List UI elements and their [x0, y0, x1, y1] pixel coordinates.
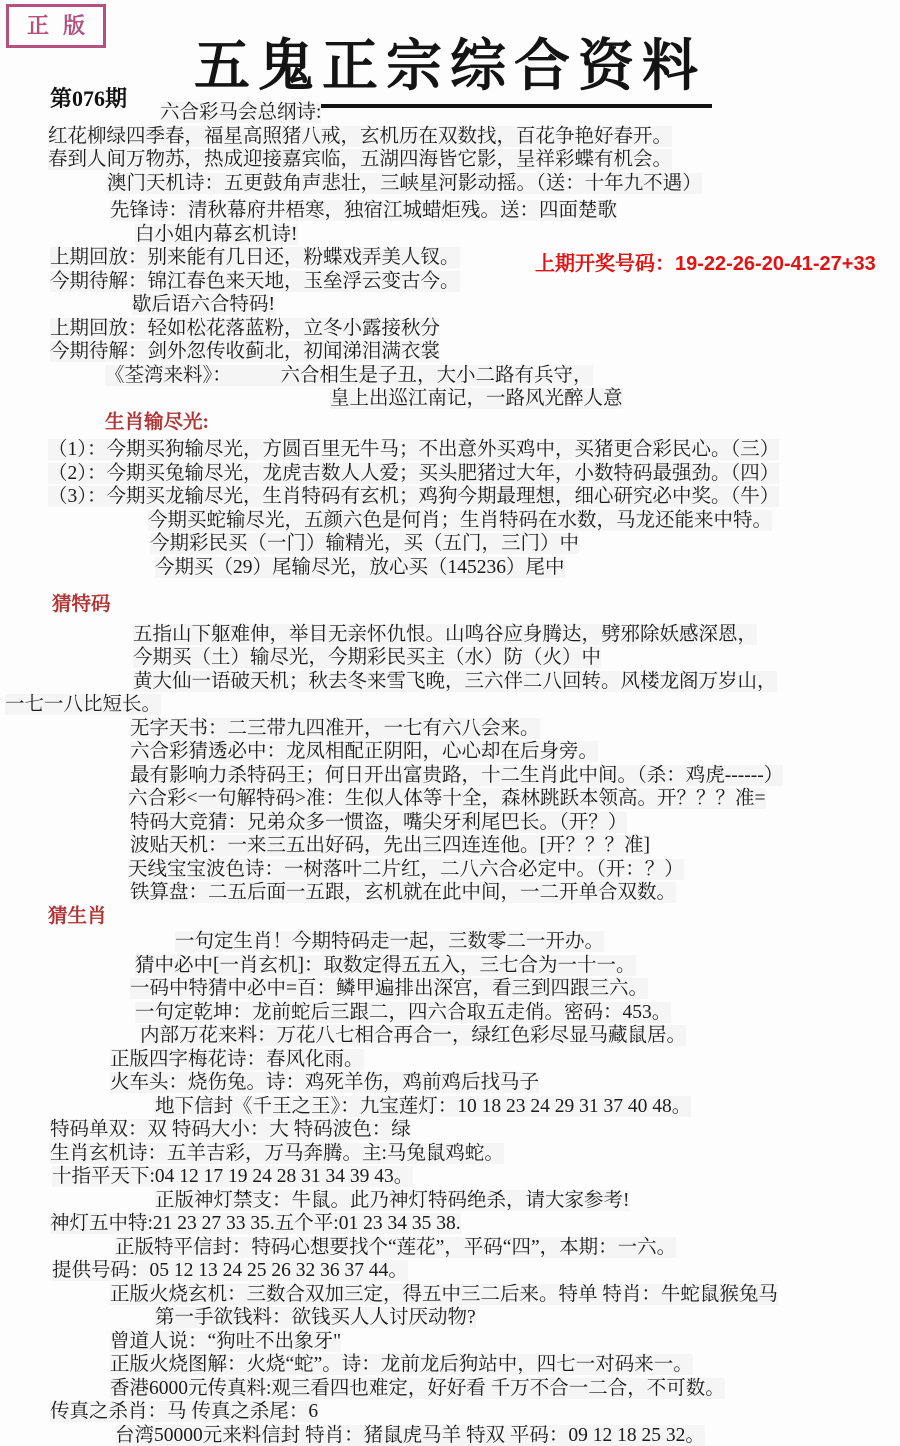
- text-line: 六合彩<一句解特码>准：生似人体等十全，森林跳跃本领高。开？？？准=: [0, 787, 900, 811]
- section-header: 生肖输尽光:: [0, 411, 900, 435]
- text-line: 《荃湾来料》： 六合相生是子丑，大小二路有兵守，: [0, 364, 900, 388]
- text-line-content: 一七一八比短长。: [5, 694, 161, 715]
- text-line: 神灯五中特:21 23 27 33 35.五个平:01 23 34 35 38.: [0, 1212, 900, 1236]
- text-line-content: 正版神灯禁支：牛鼠。此乃神灯特码绝杀，请大家参考!: [155, 1190, 630, 1211]
- text-line-content: 一句定乾坤：龙前蛇后三跟二，四六合取五走俏。密码：453。: [135, 1002, 671, 1023]
- text-line: 上期回放：轻如松花落蓝粉，立冬小露接秋分: [0, 317, 900, 341]
- text-line: 皇上出巡江南记，一路风光醉人意: [0, 387, 900, 411]
- text-line: 特码单双：双 特码大小：大 特码波色：绿: [0, 1118, 900, 1142]
- text-line-content: 先锋诗：清秋幕府井梧寒，独宿江城蜡炬残。送：四面楚歌: [110, 200, 617, 221]
- text-line-content: 传真之杀肖：马 传真之杀尾：6: [50, 1401, 318, 1422]
- text-line: 火车头：烧伤兔。诗：鸡死羊伤，鸡前鸡后找马子: [0, 1071, 900, 1095]
- text-line: 特码大竞猜：兄弟众多一惯盗，嘴尖牙利尾巴长。（开？）: [0, 811, 900, 835]
- section-header: 猜特码: [0, 593, 900, 617]
- text-line: 提供号码：05 12 13 24 25 26 32 36 37 44。: [0, 1259, 900, 1283]
- text-line: 先锋诗：清秋幕府井梧寒，独宿江城蜡炬残。送：四面楚歌: [0, 199, 900, 223]
- text-line: 黄大仙一语破天机；秋去冬来雪飞晚，三六伴二八回转。风楼龙阁万岁山，: [0, 670, 900, 694]
- text-line-content: 正版特平信封：特码心想要找个“莲花”，平码“四”，本期：一六。: [115, 1237, 676, 1258]
- text-line-content: 正版火烧玄机：三数合双加三定，得五中三二后来。特单 特肖：牛蛇鼠猴兔马: [110, 1284, 778, 1305]
- text-line: 十指平天下:04 12 17 19 24 28 31 34 39 43。: [0, 1165, 900, 1189]
- text-body: 六合彩马会总纲诗:红花柳绿四季春，福星高照猪八戒，玄机历在双数找，百花争艳好春开…: [0, 101, 900, 1446]
- text-line: 六合彩马会总纲诗:: [0, 101, 900, 125]
- text-line-content: 今期待解：剑外忽传收蓟北，初闻涕泪满衣裳: [50, 341, 440, 362]
- text-line-content: （3）：今期买龙输尽光，生肖特码有玄机；鸡狗今期最理想，细心研究必中奖。（牛）: [48, 486, 779, 507]
- text-line-content: 今期待解：锦江春色来天地，玉垒浮云变古今。: [50, 271, 460, 292]
- text-line-content: 神灯五中特:21 23 27 33 35.五个平:01 23 34 35 38.: [50, 1213, 461, 1234]
- text-line-content: 提供号码：05 12 13 24 25 26 32 36 37 44。: [52, 1260, 408, 1281]
- lottery-tip-sheet: 正版 五鬼正宗综合资料 第076期 六合彩马会总纲诗:红花柳绿四季春，福星高照猪…: [0, 0, 900, 1446]
- text-line: 内部万花来料：万花八七相合再合一，绿红色彩尽显马藏鼠居。: [0, 1024, 900, 1048]
- text-line-content: 上期回放：别来能有几日还，粉蝶戏弄美人钗。: [50, 247, 460, 268]
- text-line: 今期买（土）输尽光，今期彩民买主（水）防（火）中: [0, 646, 900, 670]
- text-line-content: 六合彩<一句解特码>准：生似人体等十全，森林跳跃本领高。开？？？准=: [128, 788, 766, 809]
- text-line: 六合彩猜透必中：龙凤相配正阴阳，心心却在后身旁。: [0, 740, 900, 764]
- text-line: 铁算盘：二五后面一五跟，玄机就在此中间，一二开单合双数。: [0, 881, 900, 905]
- text-line-content: 歇后语六合特码!: [132, 294, 275, 315]
- text-line: 波贴天机：一来三五出好码，先出三四连连他。[开？？？准]: [0, 834, 900, 858]
- text-line-content: （2）：今期买兔输尽光，龙虎吉数人人爱；买头肥猪过大年，小数特码最强劲。（四）: [48, 463, 779, 484]
- text-line: 最有影响力杀特码王；何日开出富贵路，十二生肖此中间。（杀：鸡虎------）: [0, 764, 900, 788]
- last-draw-label: 上期开奖号码：: [535, 253, 675, 275]
- text-line-content: 猜中必中[一肖玄机]：取数定得五五入，三七合为一十一。: [135, 955, 636, 976]
- text-line-content: 澳门天机诗：五更鼓角声悲壮，三峡星河影动摇。（送：十年九不遇）: [107, 173, 702, 194]
- text-line: 正版神灯禁支：牛鼠。此乃神灯特码绝杀，请大家参考!: [0, 1189, 900, 1213]
- text-line: 一句定乾坤：龙前蛇后三跟二，四六合取五走俏。密码：453。: [0, 1001, 900, 1025]
- text-line: 生肖玄机诗：五羊吉彩，万马奔腾。主:马兔鼠鸡蛇。: [0, 1142, 900, 1166]
- page-title-wrap: 五鬼正宗综合资料: [0, 22, 900, 108]
- page-title: 五鬼正宗综合资料: [188, 22, 712, 108]
- text-line-content: 一句定生肖！今期特码走一起，三数零二一开办。: [175, 931, 604, 952]
- text-line-content: 曾道人说：“狗吐不出象牙": [110, 1331, 341, 1352]
- text-line-content: 今期买（29）尾输尽光，放心买（145236）尾中: [155, 557, 565, 578]
- text-line-content: 生肖输尽光:: [105, 412, 209, 433]
- text-line: 一句定生肖！今期特码走一起，三数零二一开办。: [0, 930, 900, 954]
- text-line: （1）：今期买狗输尽光，方圆百里无牛马；不出意外买鸡中，买猪更合彩民心。（三）: [0, 438, 900, 462]
- text-line: 地下信封《千王之王》：九宝莲灯：10 18 23 24 29 31 37 40 …: [0, 1095, 900, 1119]
- text-line-content: 皇上出巡江南记，一路风光醉人意: [330, 388, 623, 409]
- text-line-content: 特码大竞猜：兄弟众多一惯盗，嘴尖牙利尾巴长。（开？）: [130, 812, 627, 833]
- text-line-content: 今期买（土）输尽光，今期彩民买主（水）防（火）中: [133, 647, 601, 668]
- text-line: 曾道人说：“狗吐不出象牙": [0, 1330, 900, 1354]
- text-line: 澳门天机诗：五更鼓角声悲壮，三峡星河影动摇。（送：十年九不遇）: [0, 172, 900, 196]
- text-line-content: 六合彩猜透必中：龙凤相配正阴阳，心心却在后身旁。: [130, 741, 598, 762]
- text-line-content: 地下信封《千王之王》：九宝莲灯：10 18 23 24 29 31 37 40 …: [155, 1096, 691, 1117]
- text-line-content: 《荃湾来料》： 六合相生是子丑，大小二路有兵守，: [105, 365, 593, 386]
- text-line: 无字天书：二三带九四准开，一七有六八会来。: [0, 717, 900, 741]
- text-line: 台湾50000元来料信封 特肖：猪鼠虎马羊 特双 平码：09 12 18 25 …: [0, 1424, 900, 1446]
- text-line-content: 火车头：烧伤兔。诗：鸡死羊伤，鸡前鸡后找马子: [110, 1072, 539, 1093]
- text-line: 今期彩民买（一门）输精光，买（五门，三门）中: [0, 532, 900, 556]
- text-line-content: 今期买蛇输尽光，五颜六色是何肖；生肖特码在水数，马龙还能来中特。: [148, 510, 772, 531]
- text-line: 正版火烧玄机：三数合双加三定，得五中三二后来。特单 特肖：牛蛇鼠猴兔马: [0, 1283, 900, 1307]
- text-line-content: 台湾50000元来料信封 特肖：猪鼠虎马羊 特双 平码：09 12 18 25 …: [115, 1425, 705, 1446]
- text-line-content: 十指平天下:04 12 17 19 24 28 31 34 39 43。: [52, 1166, 413, 1187]
- text-line: 香港6000元传真料:观三看四也难定，好好看 千万不合一二合，不可数。: [0, 1377, 900, 1401]
- text-line: （2）：今期买兔输尽光，龙虎吉数人人爱；买头肥猪过大年，小数特码最强劲。（四）: [0, 462, 900, 486]
- text-line-content: 正版火烧图解：火烧“蛇”。诗：龙前龙后狗站中，四七一对码来一。: [110, 1354, 693, 1375]
- last-draw-value: 19-22-26-20-41-27+33: [675, 253, 876, 275]
- text-line: 白小姐内幕玄机诗!: [0, 223, 900, 247]
- text-line: （3）：今期买龙输尽光，生肖特码有玄机；鸡狗今期最理想，细心研究必中奖。（牛）: [0, 485, 900, 509]
- section-header: 猜生肖: [0, 905, 900, 929]
- text-line: 红花柳绿四季春，福星高照猪八戒，玄机历在双数找，百花争艳好春开。: [0, 125, 900, 149]
- text-line: 正版四字梅花诗：春风化雨。: [0, 1048, 900, 1072]
- text-line-content: 猜生肖: [48, 906, 107, 927]
- text-line: 今期买蛇输尽光，五颜六色是何肖；生肖特码在水数，马龙还能来中特。: [0, 509, 900, 533]
- text-line: 一码中特猜中必中=百：鳞甲遍排出深宫，看三到四跟三六。: [0, 977, 900, 1001]
- text-line-content: 天线宝宝波色诗：一树落叶二片红，二八六合必定中。（开：？）: [128, 859, 684, 880]
- text-line-content: 红花柳绿四季春，福星高照猪八戒，玄机历在双数找，百花争艳好春开。: [48, 126, 672, 147]
- text-line: 春到人间万物苏，热成迎接嘉宾临，五湖四海皆它影，呈祥彩蝶有机会。: [0, 148, 900, 172]
- text-line-content: 内部万花来料：万花八七相合再合一，绿红色彩尽显马藏鼠居。: [140, 1025, 686, 1046]
- text-line-content: 六合彩马会总纲诗:: [160, 102, 321, 123]
- text-line-content: 铁算盘：二五后面一五跟，玄机就在此中间，一二开单合双数。: [130, 882, 676, 903]
- text-line: 歇后语六合特码!: [0, 293, 900, 317]
- text-line: 传真之杀肖：马 传真之杀尾：6: [0, 1400, 900, 1424]
- text-line: 猜中必中[一肖玄机]：取数定得五五入，三七合为一十一。: [0, 954, 900, 978]
- text-line: 正版火烧图解：火烧“蛇”。诗：龙前龙后狗站中，四七一对码来一。: [0, 1353, 900, 1377]
- text-line-content: 上期回放：轻如松花落蓝粉，立冬小露接秋分: [50, 318, 440, 339]
- text-line-content: 一码中特猜中必中=百：鳞甲遍排出深宫，看三到四跟三六。: [130, 978, 648, 999]
- text-line: 一七一八比短长。: [0, 693, 900, 717]
- text-line: 今期买（29）尾输尽光，放心买（145236）尾中: [0, 556, 900, 580]
- text-line-content: 黄大仙一语破天机；秋去冬来雪飞晚，三六伴二八回转。风楼龙阁万岁山，: [133, 671, 777, 692]
- text-line-content: 香港6000元传真料:观三看四也难定，好好看 千万不合一二合，不可数。: [110, 1378, 725, 1399]
- last-draw-numbers: 上期开奖号码：19-22-26-20-41-27+33: [535, 247, 876, 276]
- text-line-content: 猜特码: [52, 594, 111, 615]
- text-line: 今期待解：剑外忽传收蓟北，初闻涕泪满衣裳: [0, 340, 900, 364]
- text-line-content: 正版四字梅花诗：春风化雨。: [110, 1049, 364, 1070]
- text-line-content: 波贴天机：一来三五出好码，先出三四连连他。[开？？？准]: [130, 835, 650, 856]
- text-line-content: 白小姐内幕玄机诗!: [135, 224, 298, 245]
- text-line: 五指山下躯难伸，举目无亲怀仇恨。山鸣谷应身腾达，劈邪除妖感深恩，: [0, 623, 900, 647]
- text-line-content: 五指山下躯难伸，举目无亲怀仇恨。山鸣谷应身腾达，劈邪除妖感深恩，: [133, 624, 757, 645]
- text-line-content: 春到人间万物苏，热成迎接嘉宾临，五湖四海皆它影，呈祥彩蝶有机会。: [48, 149, 672, 170]
- text-line: 天线宝宝波色诗：一树落叶二片红，二八六合必定中。（开：？）: [0, 858, 900, 882]
- text-line: 第一手欲钱料：欲钱买人人讨厌动物?: [0, 1306, 900, 1330]
- text-line-content: 生肖玄机诗：五羊吉彩，万马奔腾。主:马兔鼠鸡蛇。: [50, 1143, 504, 1164]
- text-line-content: 今期彩民买（一门）输精光，买（五门，三门）中: [150, 533, 579, 554]
- text-line-content: 无字天书：二三带九四准开，一七有六八会来。: [130, 718, 540, 739]
- text-line: 正版特平信封：特码心想要找个“莲花”，平码“四”，本期：一六。: [0, 1236, 900, 1260]
- text-line-content: 最有影响力杀特码王；何日开出富贵路，十二生肖此中间。（杀：鸡虎------）: [130, 765, 783, 786]
- text-line-content: 特码单双：双 特码大小：大 特码波色：绿: [50, 1119, 411, 1140]
- text-line-content: （1）：今期买狗输尽光，方圆百里无牛马；不出意外买鸡中，买猪更合彩民心。（三）: [48, 439, 779, 460]
- text-line-content: 第一手欲钱料：欲钱买人人讨厌动物?: [155, 1307, 476, 1328]
